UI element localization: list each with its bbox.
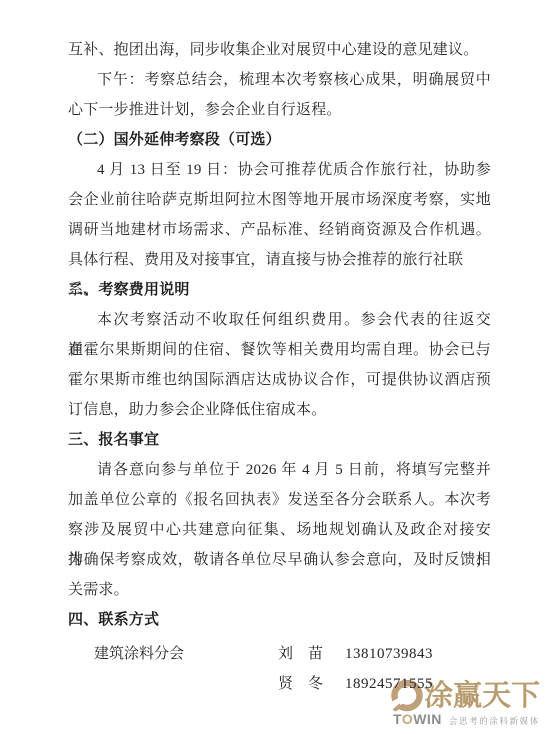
towin-wordmark: TOWIN: [393, 711, 442, 727]
contact-list: 建筑涂料分会刘 苗13810739843贤 冬18924571555: [68, 639, 491, 699]
document-body: 互补、抱团出海，同步收集企业对展贸中心建设的意见建议。下午：考察总结会，梳理本次…: [68, 35, 491, 699]
text-line: 下午：考察总结会，梳理本次考察核心成果，明确展贸中: [68, 65, 491, 95]
text-line: 4 月 13 日至 19 日：协会可推荐优质合作旅行社，协助参: [68, 155, 491, 185]
document-page: 互补、抱团出海，同步收集企业对展贸中心建设的意见建议。下午：考察总结会，梳理本次…: [0, 0, 548, 734]
logo-wordmark-row: TOWIN 会思考的涂料新媒体: [391, 711, 540, 727]
text-line: 会企业前往哈萨克斯坦阿拉木图等地开展市场深度考察，实地: [68, 185, 491, 215]
section-heading: 二、考察费用说明: [68, 275, 491, 305]
text-line: 本次考察活动不收取任何组织费用。参会代表的往返交通、: [68, 305, 491, 335]
paragraph: 本次考察活动不收取任何组织费用。参会代表的往返交通、在霍尔果斯期间的住宿、餐饮等…: [68, 305, 491, 425]
text-line: 为确保考察成效，敬请各单位尽早确认参会意向，及时反馈相: [68, 545, 491, 575]
contact-row: 建筑涂料分会刘 苗13810739843: [68, 639, 491, 669]
text-line: 察涉及展贸中心共建意向征集、场地规划确认及政企对接安排，: [68, 515, 491, 545]
contact-phone: 18924571555: [345, 669, 433, 699]
contact-name: 刘 苗: [278, 639, 323, 669]
paragraph: 互补、抱团出海，同步收集企业对展贸中心建设的意见建议。: [68, 35, 491, 65]
contact-row: 贤 冬18924571555: [68, 669, 491, 699]
section-heading: 四、联系方式: [68, 605, 491, 635]
text-line: 订信息，助力参会企业降低住宿成本。: [68, 395, 491, 425]
text-line: 互补、抱团出海，同步收集企业对展贸中心建设的意见建议。: [68, 35, 491, 65]
text-line: 具体行程、费用及对接事宜，请直接与协会推荐的旅行社联系。: [68, 245, 491, 275]
text-line: （二）国外延伸考察段（可选）: [68, 125, 491, 155]
text-line: 三、报名事宜: [68, 425, 491, 455]
text-line: 霍尔果斯市维也纳国际酒店达成协议合作，可提供协议酒店预: [68, 365, 491, 395]
logo-tagline: 会思考的涂料新媒体: [449, 715, 540, 727]
text-line: 加盖单位公章的《报名回执表》发送至各分会联系人。本次考: [68, 485, 491, 515]
section-heading: 三、报名事宜: [68, 425, 491, 455]
paragraph: 下午：考察总结会，梳理本次考察核心成果，明确展贸中心下一步推进计划，参会企业自行…: [68, 65, 491, 125]
text-line: 调研当地建材市场需求、产品标准、经销商资源及合作机遇。: [68, 215, 491, 245]
contact-org: 建筑涂料分会: [94, 639, 184, 669]
text-line: 关需求。: [68, 575, 491, 605]
text-line: 请各意向参与单位于 2026 年 4 月 5 日前，将填写完整并: [68, 455, 491, 485]
text-line: 在霍尔果斯期间的住宿、餐饮等相关费用均需自理。协会已与: [68, 335, 491, 365]
text-line: 心下一步推进计划，参会企业自行返程。: [68, 95, 491, 125]
paragraph: 请各意向参与单位于 2026 年 4 月 5 日前，将填写完整并加盖单位公章的《…: [68, 455, 491, 605]
contact-phone: 13810739843: [345, 639, 433, 669]
contact-name: 贤 冬: [278, 669, 323, 699]
section-heading: （二）国外延伸考察段（可选）: [68, 125, 491, 155]
gold-o-letter: O: [402, 711, 413, 727]
paragraph: 4 月 13 日至 19 日：协会可推荐优质合作旅行社，协助参会企业前往哈萨克斯…: [68, 155, 491, 275]
text-line: 四、联系方式: [68, 605, 491, 635]
text-line: 二、考察费用说明: [68, 275, 491, 305]
